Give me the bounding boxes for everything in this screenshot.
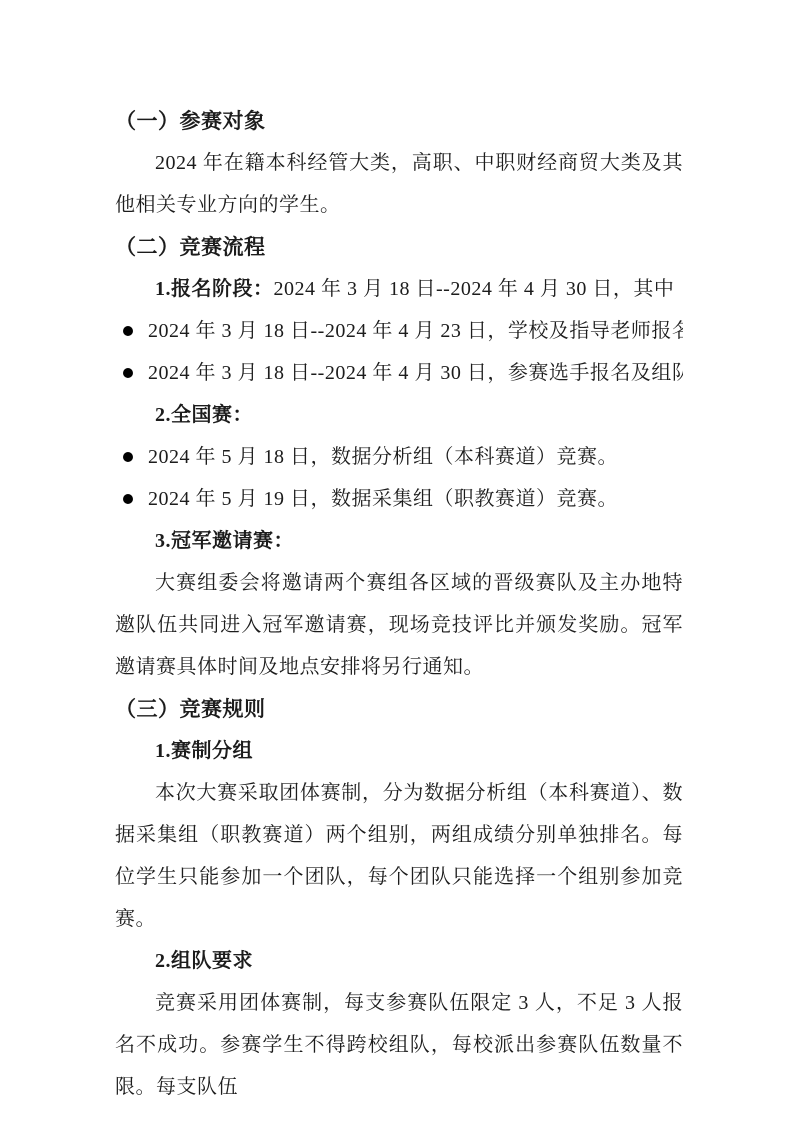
- bullet-icon: [123, 326, 133, 336]
- section-2-heading: （二）竞赛流程: [115, 226, 683, 268]
- stage-1-label: 1.报名阶段：: [155, 278, 274, 300]
- bullet-icon: [123, 494, 133, 504]
- stage-1-heading: 1.报名阶段：2024 年 3 月 18 日--2024 年 4 月 30 日，…: [115, 268, 683, 310]
- bullet-text: 2024 年 5 月 18 日，数据分析组（本科赛道）竞赛。: [148, 436, 618, 478]
- bullet-item: 2024 年 5 月 19 日，数据采集组（职教赛道）竞赛。: [115, 478, 683, 520]
- rule-2-heading: 2.组队要求: [115, 940, 683, 982]
- stage-3-heading: 3.冠军邀请赛：: [115, 520, 683, 562]
- rule-1-paragraph: 本次大赛采取团体赛制，分为数据分析组（本科赛道）、数据采集组（职教赛道）两个组别…: [115, 772, 683, 940]
- bullet-text: 2024 年 3 月 18 日--2024 年 4 月 23 日，学校及指导老师…: [148, 310, 683, 352]
- rule-1-label: 1.赛制分组: [155, 740, 253, 762]
- section-3-heading: （三）竞赛规则: [115, 688, 683, 730]
- document-content: （一）参赛对象 2024 年在籍本科经管大类，高职、中职财经商贸大类及其他相关专…: [115, 100, 683, 1108]
- stage-1-text: 2024 年 3 月 18 日--2024 年 4 月 30 日，其中: [274, 278, 675, 300]
- rule-2-label: 2.组队要求: [155, 950, 253, 972]
- bullet-item: 2024 年 3 月 18 日--2024 年 4 月 23 日，学校及指导老师…: [115, 310, 683, 352]
- bullet-item: 2024 年 3 月 18 日--2024 年 4 月 30 日，参赛选手报名及…: [115, 352, 683, 394]
- bullet-item: 2024 年 5 月 18 日，数据分析组（本科赛道）竞赛。: [115, 436, 683, 478]
- stage-2-heading: 2.全国赛：: [115, 394, 683, 436]
- bullet-text: 2024 年 3 月 18 日--2024 年 4 月 30 日，参赛选手报名及…: [148, 352, 683, 394]
- section-1-paragraph: 2024 年在籍本科经管大类，高职、中职财经商贸大类及其他相关专业方向的学生。: [115, 142, 683, 226]
- rule-1-heading: 1.赛制分组: [115, 730, 683, 772]
- stage-3-paragraph: 大赛组委会将邀请两个赛组各区域的晋级赛队及主办地特邀队伍共同进入冠军邀请赛，现场…: [115, 562, 683, 688]
- section-1-heading: （一）参赛对象: [115, 100, 683, 142]
- stage-3-label: 3.冠军邀请赛：: [155, 530, 294, 552]
- stage-2-label: 2.全国赛：: [155, 404, 253, 426]
- bullet-icon: [123, 452, 133, 462]
- document-page: （一）参赛对象 2024 年在籍本科经管大类，高职、中职财经商贸大类及其他相关专…: [0, 0, 799, 1131]
- bullet-icon: [123, 368, 133, 378]
- bullet-text: 2024 年 5 月 19 日，数据采集组（职教赛道）竞赛。: [148, 478, 618, 520]
- rule-2-paragraph: 竞赛采用团体赛制，每支参赛队伍限定 3 人，不足 3 人报名不成功。参赛学生不得…: [115, 982, 683, 1108]
